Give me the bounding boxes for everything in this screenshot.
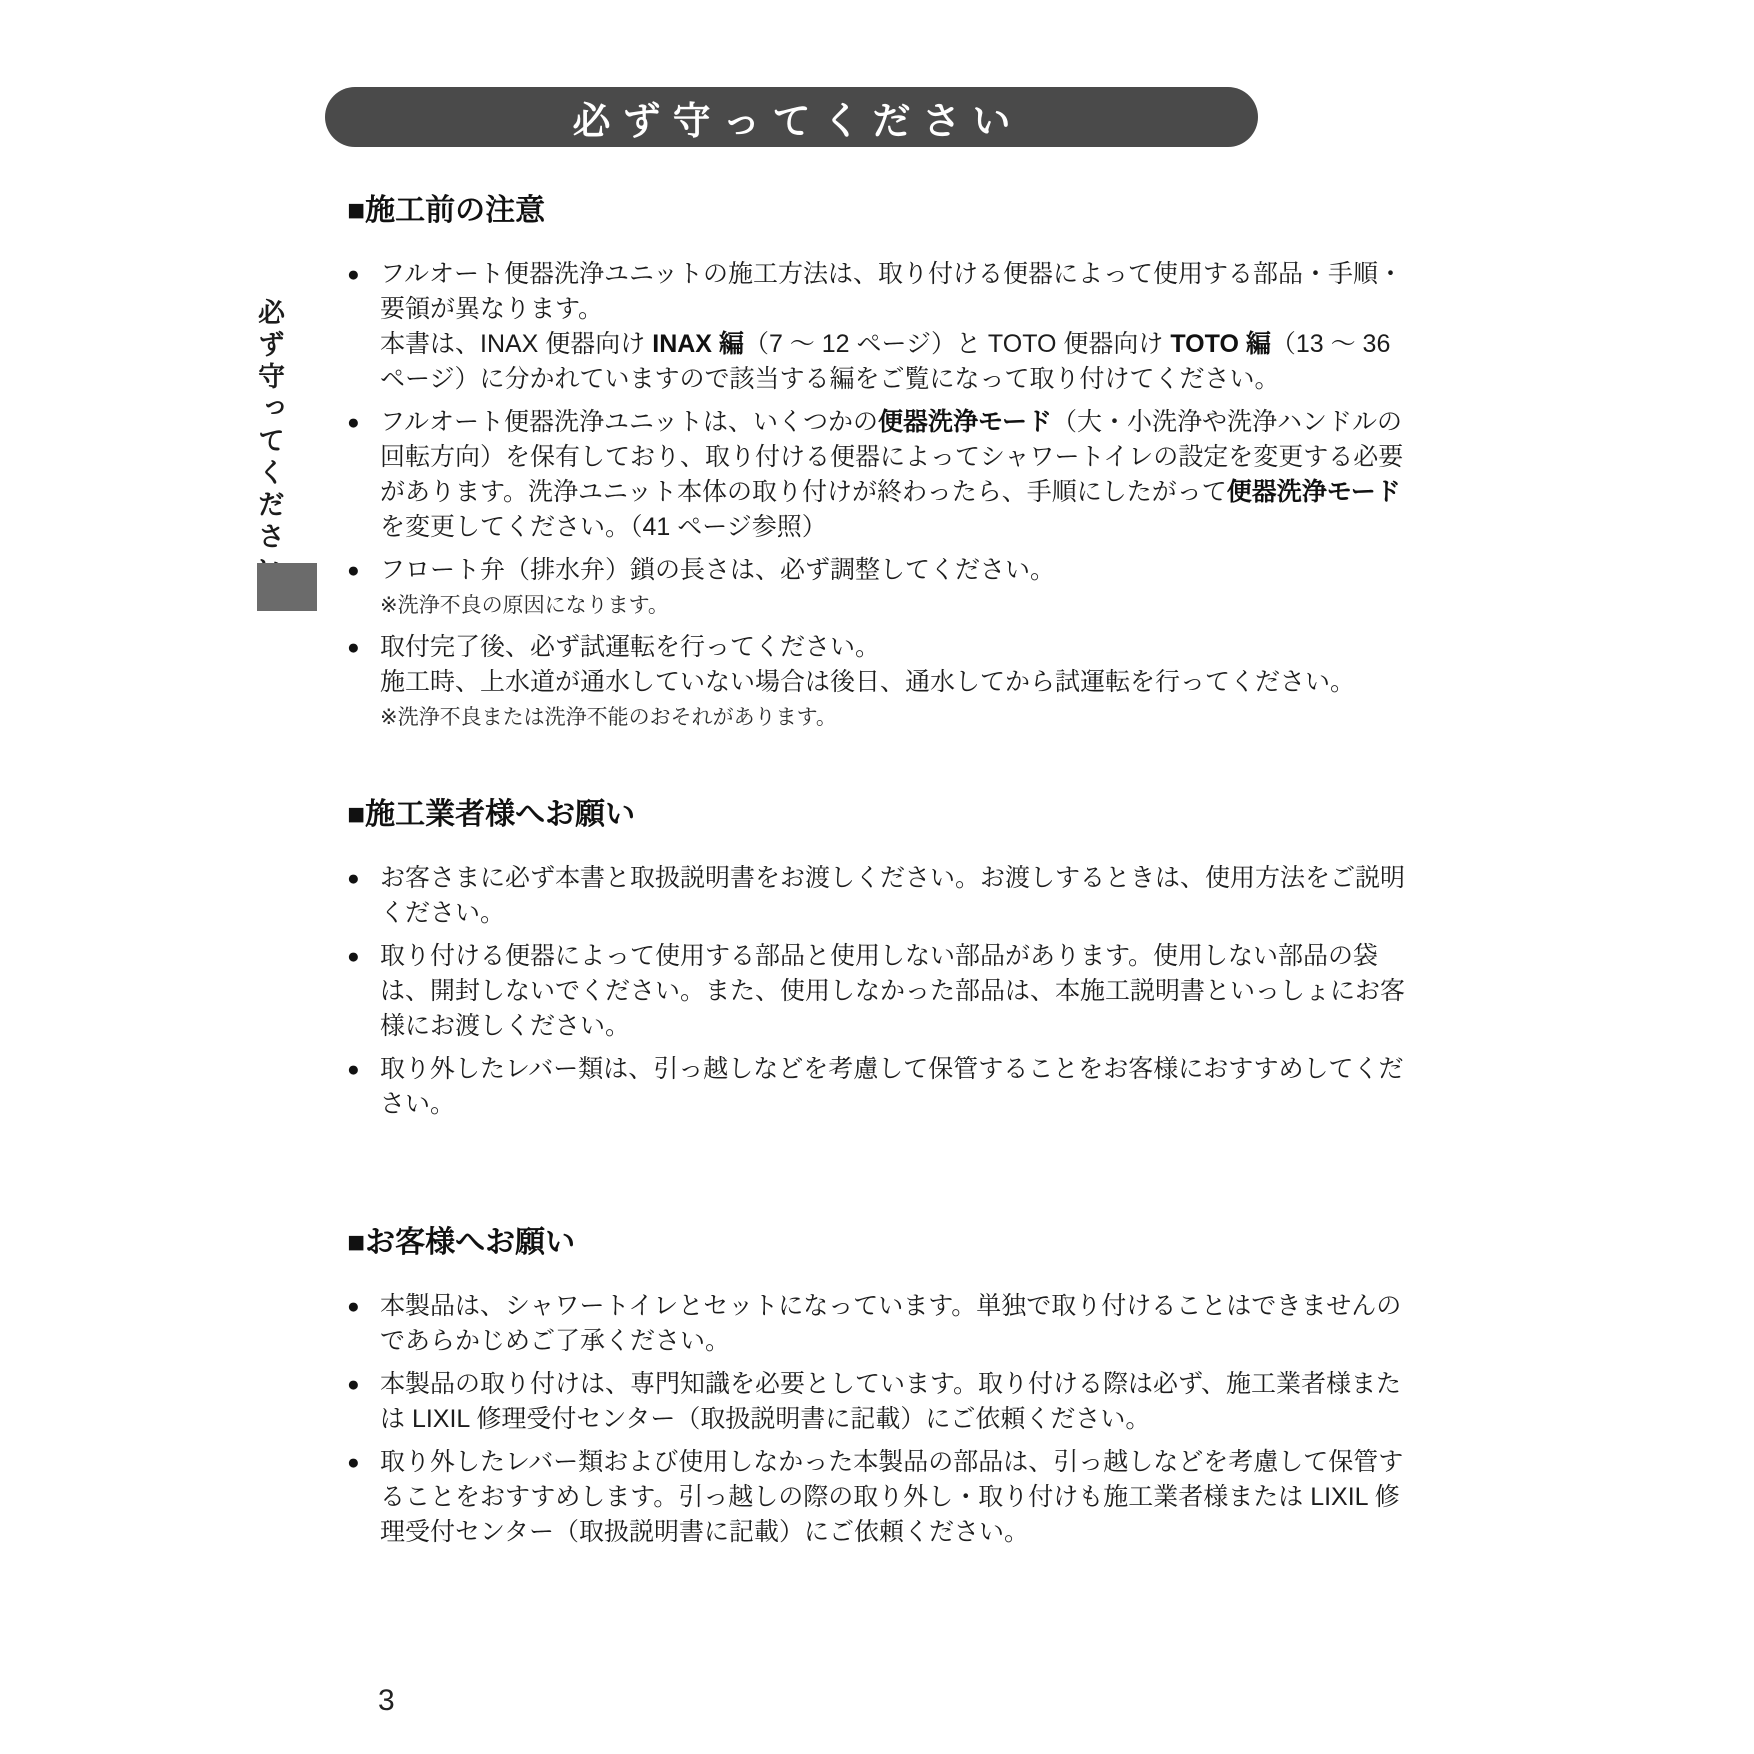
paragraph: 施工時、上水道が通水していない場合は後日、通水してから試運転を行ってください。 bbox=[380, 665, 1419, 700]
section-tab-marker bbox=[257, 563, 317, 611]
bullet-text: フルオート便器洗浄ユニットは、いくつかの便器洗浄モード（大・小洗浄や洗浄ハンドル… bbox=[380, 405, 1419, 545]
list-item: ● 本製品は、シャワートイレとセットになっています。単独で取り付けることはできま… bbox=[347, 1289, 1419, 1359]
paragraph: 本書は、INAX 便器向け INAX 編（7 ～ 12 ページ）と TOTO 便… bbox=[380, 327, 1419, 397]
bullet-icon: ● bbox=[347, 630, 380, 665]
bullet-text: 取り付ける便器によって使用する部品と使用しない部品があります。使用しない部品の袋… bbox=[380, 939, 1419, 1044]
list-item: ● 取り付ける便器によって使用する部品と使用しない部品があります。使用しない部品… bbox=[347, 939, 1419, 1044]
list-item: ● お客さまに必ず本書と取扱説明書をお渡しください。お渡しするときは、使用方法を… bbox=[347, 861, 1419, 931]
manual-page: 必ず守ってください 必ず守ってください ■施工前の注意 ● フルオート便器洗浄ユ… bbox=[0, 0, 1754, 1754]
bullet-text: フルオート便器洗浄ユニットの施工方法は、取り付ける便器によって使用する部品・手順… bbox=[380, 257, 1419, 397]
list-item: ● フルオート便器洗浄ユニットは、いくつかの便器洗浄モード（大・小洗浄や洗浄ハン… bbox=[347, 405, 1419, 545]
list-item: ● フロート弁（排水弁）鎖の長さは、必ず調整してください。 ※洗浄不良の原因にな… bbox=[347, 553, 1419, 622]
sidebar-vertical-label: 必ず守ってください bbox=[250, 298, 289, 586]
bullet-icon: ● bbox=[347, 1367, 380, 1402]
list-item: ● 本製品の取り付けは、専門知識を必要としています。取り付ける際は必ず、施工業者… bbox=[347, 1367, 1419, 1437]
paragraph: 取付完了後、必ず試運転を行ってください。 bbox=[380, 630, 1419, 665]
bullet-list: ● 本製品は、シャワートイレとセットになっています。単独で取り付けることはできま… bbox=[347, 1289, 1419, 1550]
paragraph: 取り付ける便器によって使用する部品と使用しない部品があります。使用しない部品の袋… bbox=[380, 939, 1419, 1044]
bullet-text: 本製品は、シャワートイレとセットになっています。単独で取り付けることはできません… bbox=[380, 1289, 1419, 1359]
section-heading: ■施工業者様へお願い bbox=[347, 789, 1419, 833]
title-banner: 必ず守ってください bbox=[325, 87, 1258, 147]
note-text: ※洗浄不良の原因になります。 bbox=[380, 590, 1419, 622]
bullet-icon: ● bbox=[347, 553, 380, 588]
bullet-text: お客さまに必ず本書と取扱説明書をお渡しください。お渡しするときは、使用方法をご説… bbox=[380, 861, 1419, 931]
paragraph: 取り外したレバー類および使用しなかった本製品の部品は、引っ越しなどを考慮して保管… bbox=[380, 1445, 1419, 1550]
paragraph: フルオート便器洗浄ユニットの施工方法は、取り付ける便器によって使用する部品・手順… bbox=[380, 257, 1419, 327]
bullet-list: ● お客さまに必ず本書と取扱説明書をお渡しください。お渡しするときは、使用方法を… bbox=[347, 861, 1419, 1122]
bullet-icon: ● bbox=[347, 939, 380, 974]
content-column: ■施工前の注意 ● フルオート便器洗浄ユニットの施工方法は、取り付ける便器によっ… bbox=[347, 185, 1419, 1605]
bullet-text: 取付完了後、必ず試運転を行ってください。 施工時、上水道が通水していない場合は後… bbox=[380, 630, 1419, 734]
bullet-icon: ● bbox=[347, 1052, 380, 1087]
section-request-to-contractors: ■施工業者様へお願い ● お客さまに必ず本書と取扱説明書をお渡しください。お渡し… bbox=[347, 789, 1419, 1122]
bullet-text: 取り外したレバー類は、引っ越しなどを考慮して保管することをお客様におすすめしてく… bbox=[380, 1052, 1419, 1122]
paragraph: フロート弁（排水弁）鎖の長さは、必ず調整してください。 bbox=[380, 553, 1419, 588]
bullet-icon: ● bbox=[347, 1289, 380, 1324]
bullet-text: 取り外したレバー類および使用しなかった本製品の部品は、引っ越しなどを考慮して保管… bbox=[380, 1445, 1419, 1550]
note-text: ※洗浄不良または洗浄不能のおそれがあります。 bbox=[380, 702, 1419, 734]
page-number: 3 bbox=[378, 1684, 395, 1718]
paragraph: お客さまに必ず本書と取扱説明書をお渡しください。お渡しするときは、使用方法をご説… bbox=[380, 861, 1419, 931]
bullet-icon: ● bbox=[347, 861, 380, 896]
page-title: 必ず守ってください bbox=[560, 90, 1022, 145]
section-heading: ■お客様へお願い bbox=[347, 1217, 1419, 1261]
list-item: ● フルオート便器洗浄ユニットの施工方法は、取り付ける便器によって使用する部品・… bbox=[347, 257, 1419, 397]
section-heading: ■施工前の注意 bbox=[347, 185, 1419, 229]
list-item: ● 取り外したレバー類および使用しなかった本製品の部品は、引っ越しなどを考慮して… bbox=[347, 1445, 1419, 1550]
section-request-to-customers: ■お客様へお願い ● 本製品は、シャワートイレとセットになっています。単独で取り… bbox=[347, 1217, 1419, 1550]
section-pre-construction-notes: ■施工前の注意 ● フルオート便器洗浄ユニットの施工方法は、取り付ける便器によっ… bbox=[347, 185, 1419, 734]
list-item: ● 取り外したレバー類は、引っ越しなどを考慮して保管することをお客様におすすめし… bbox=[347, 1052, 1419, 1122]
paragraph: 本製品の取り付けは、専門知識を必要としています。取り付ける際は必ず、施工業者様ま… bbox=[380, 1367, 1419, 1437]
bullet-icon: ● bbox=[347, 1445, 380, 1480]
list-item: ● 取付完了後、必ず試運転を行ってください。 施工時、上水道が通水していない場合… bbox=[347, 630, 1419, 734]
paragraph: フルオート便器洗浄ユニットは、いくつかの便器洗浄モード（大・小洗浄や洗浄ハンドル… bbox=[380, 405, 1419, 545]
paragraph: 本製品は、シャワートイレとセットになっています。単独で取り付けることはできません… bbox=[380, 1289, 1419, 1359]
bullet-text: 本製品の取り付けは、専門知識を必要としています。取り付ける際は必ず、施工業者様ま… bbox=[380, 1367, 1419, 1437]
bullet-list: ● フルオート便器洗浄ユニットの施工方法は、取り付ける便器によって使用する部品・… bbox=[347, 257, 1419, 734]
paragraph: 取り外したレバー類は、引っ越しなどを考慮して保管することをお客様におすすめしてく… bbox=[380, 1052, 1419, 1122]
bullet-icon: ● bbox=[347, 405, 380, 440]
bullet-icon: ● bbox=[347, 257, 380, 292]
bullet-text: フロート弁（排水弁）鎖の長さは、必ず調整してください。 ※洗浄不良の原因になりま… bbox=[380, 553, 1419, 622]
